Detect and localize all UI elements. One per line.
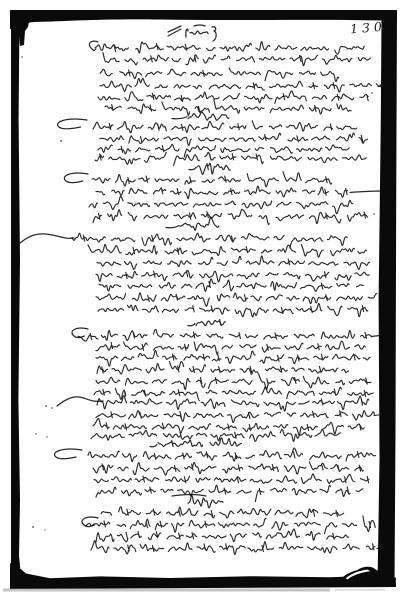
handwriting-line: [100, 133, 368, 146]
ink-speck: [373, 213, 375, 215]
handwriting-line: [96, 271, 369, 282]
handwriting-line: [98, 303, 368, 316]
handwriting-line: [91, 429, 341, 441]
handwriting-line: [97, 362, 349, 375]
margin-flourish: [64, 173, 88, 183]
handwriting-line: [96, 293, 377, 306]
handwriting-line: [100, 78, 384, 92]
section-separator-flourish: [172, 495, 223, 508]
handwriting-line: [78, 329, 380, 341]
handwriting-line: [95, 152, 366, 165]
margin-flourish: [58, 119, 87, 129]
corner-fold-mark: [339, 567, 379, 582]
ink-speck: [21, 56, 22, 57]
ink-speck: [51, 407, 53, 409]
handwriting-line: [88, 448, 376, 461]
handwriting-line: [98, 144, 349, 157]
margin-flourish: [82, 517, 98, 527]
margin-flourish: [57, 397, 103, 406]
handwriting-line: [91, 541, 383, 555]
section-separator-flourish: [172, 112, 229, 120]
section-separator-flourish: [166, 217, 219, 230]
ink-speck: [371, 92, 373, 94]
handwriting-line: [93, 209, 368, 224]
scan-border-left: [11, 12, 22, 588]
handwriting-line: [96, 529, 349, 542]
handwriting-line: [72, 233, 347, 248]
handwriting-line: [99, 279, 363, 292]
ink-speck: [60, 140, 62, 142]
scan-smudge: [335, 589, 385, 591]
ink-speck: [35, 433, 36, 434]
handwriting-line: [93, 462, 363, 475]
handwriting-line: [96, 341, 365, 354]
section-separator-flourish: [150, 438, 241, 447]
page-number: 130: [349, 18, 386, 36]
scan-border-right: [378, 11, 398, 587]
scan-border-bottom: [10, 563, 396, 589]
handwriting-line: [94, 474, 369, 484]
margin-flourish: [54, 449, 82, 459]
manuscript-scan-page: 130: [0, 0, 400, 600]
section-separator-flourish: [188, 320, 225, 326]
ink-speck: [46, 436, 47, 437]
handwriting-line: [96, 485, 363, 501]
margin-flourish: [20, 234, 74, 243]
manuscript-artwork: [0, 0, 400, 600]
handwriting-line: [98, 91, 368, 103]
handwriting-line: [96, 186, 380, 199]
handwriting-line: [96, 411, 381, 423]
ink-speck: [15, 119, 17, 121]
handwriting-line: [93, 121, 357, 133]
scan-smudge: [3, 589, 330, 592]
handwriting-line: [103, 53, 371, 66]
handwriting-line: [84, 516, 375, 534]
handwriting-line: [95, 42, 364, 55]
scan-border-top: [10, 10, 397, 25]
handwriting-line: [88, 244, 367, 257]
handwriting-line: [101, 507, 344, 518]
handwriting-line: [94, 387, 373, 401]
handwriting-line: [96, 351, 370, 367]
handwriting-line: [105, 99, 351, 115]
handwriting-line: [100, 68, 339, 82]
heading-flourish: [168, 25, 216, 41]
handwriting-line: [96, 375, 371, 390]
section-separator-flourish: [189, 163, 230, 174]
handwriting-line: [89, 196, 353, 213]
ink-speck: [32, 526, 34, 528]
handwriting-line: [97, 256, 370, 269]
handwriting-line: [97, 396, 369, 411]
ink-speck: [45, 405, 47, 407]
ink-speck: [44, 529, 45, 530]
